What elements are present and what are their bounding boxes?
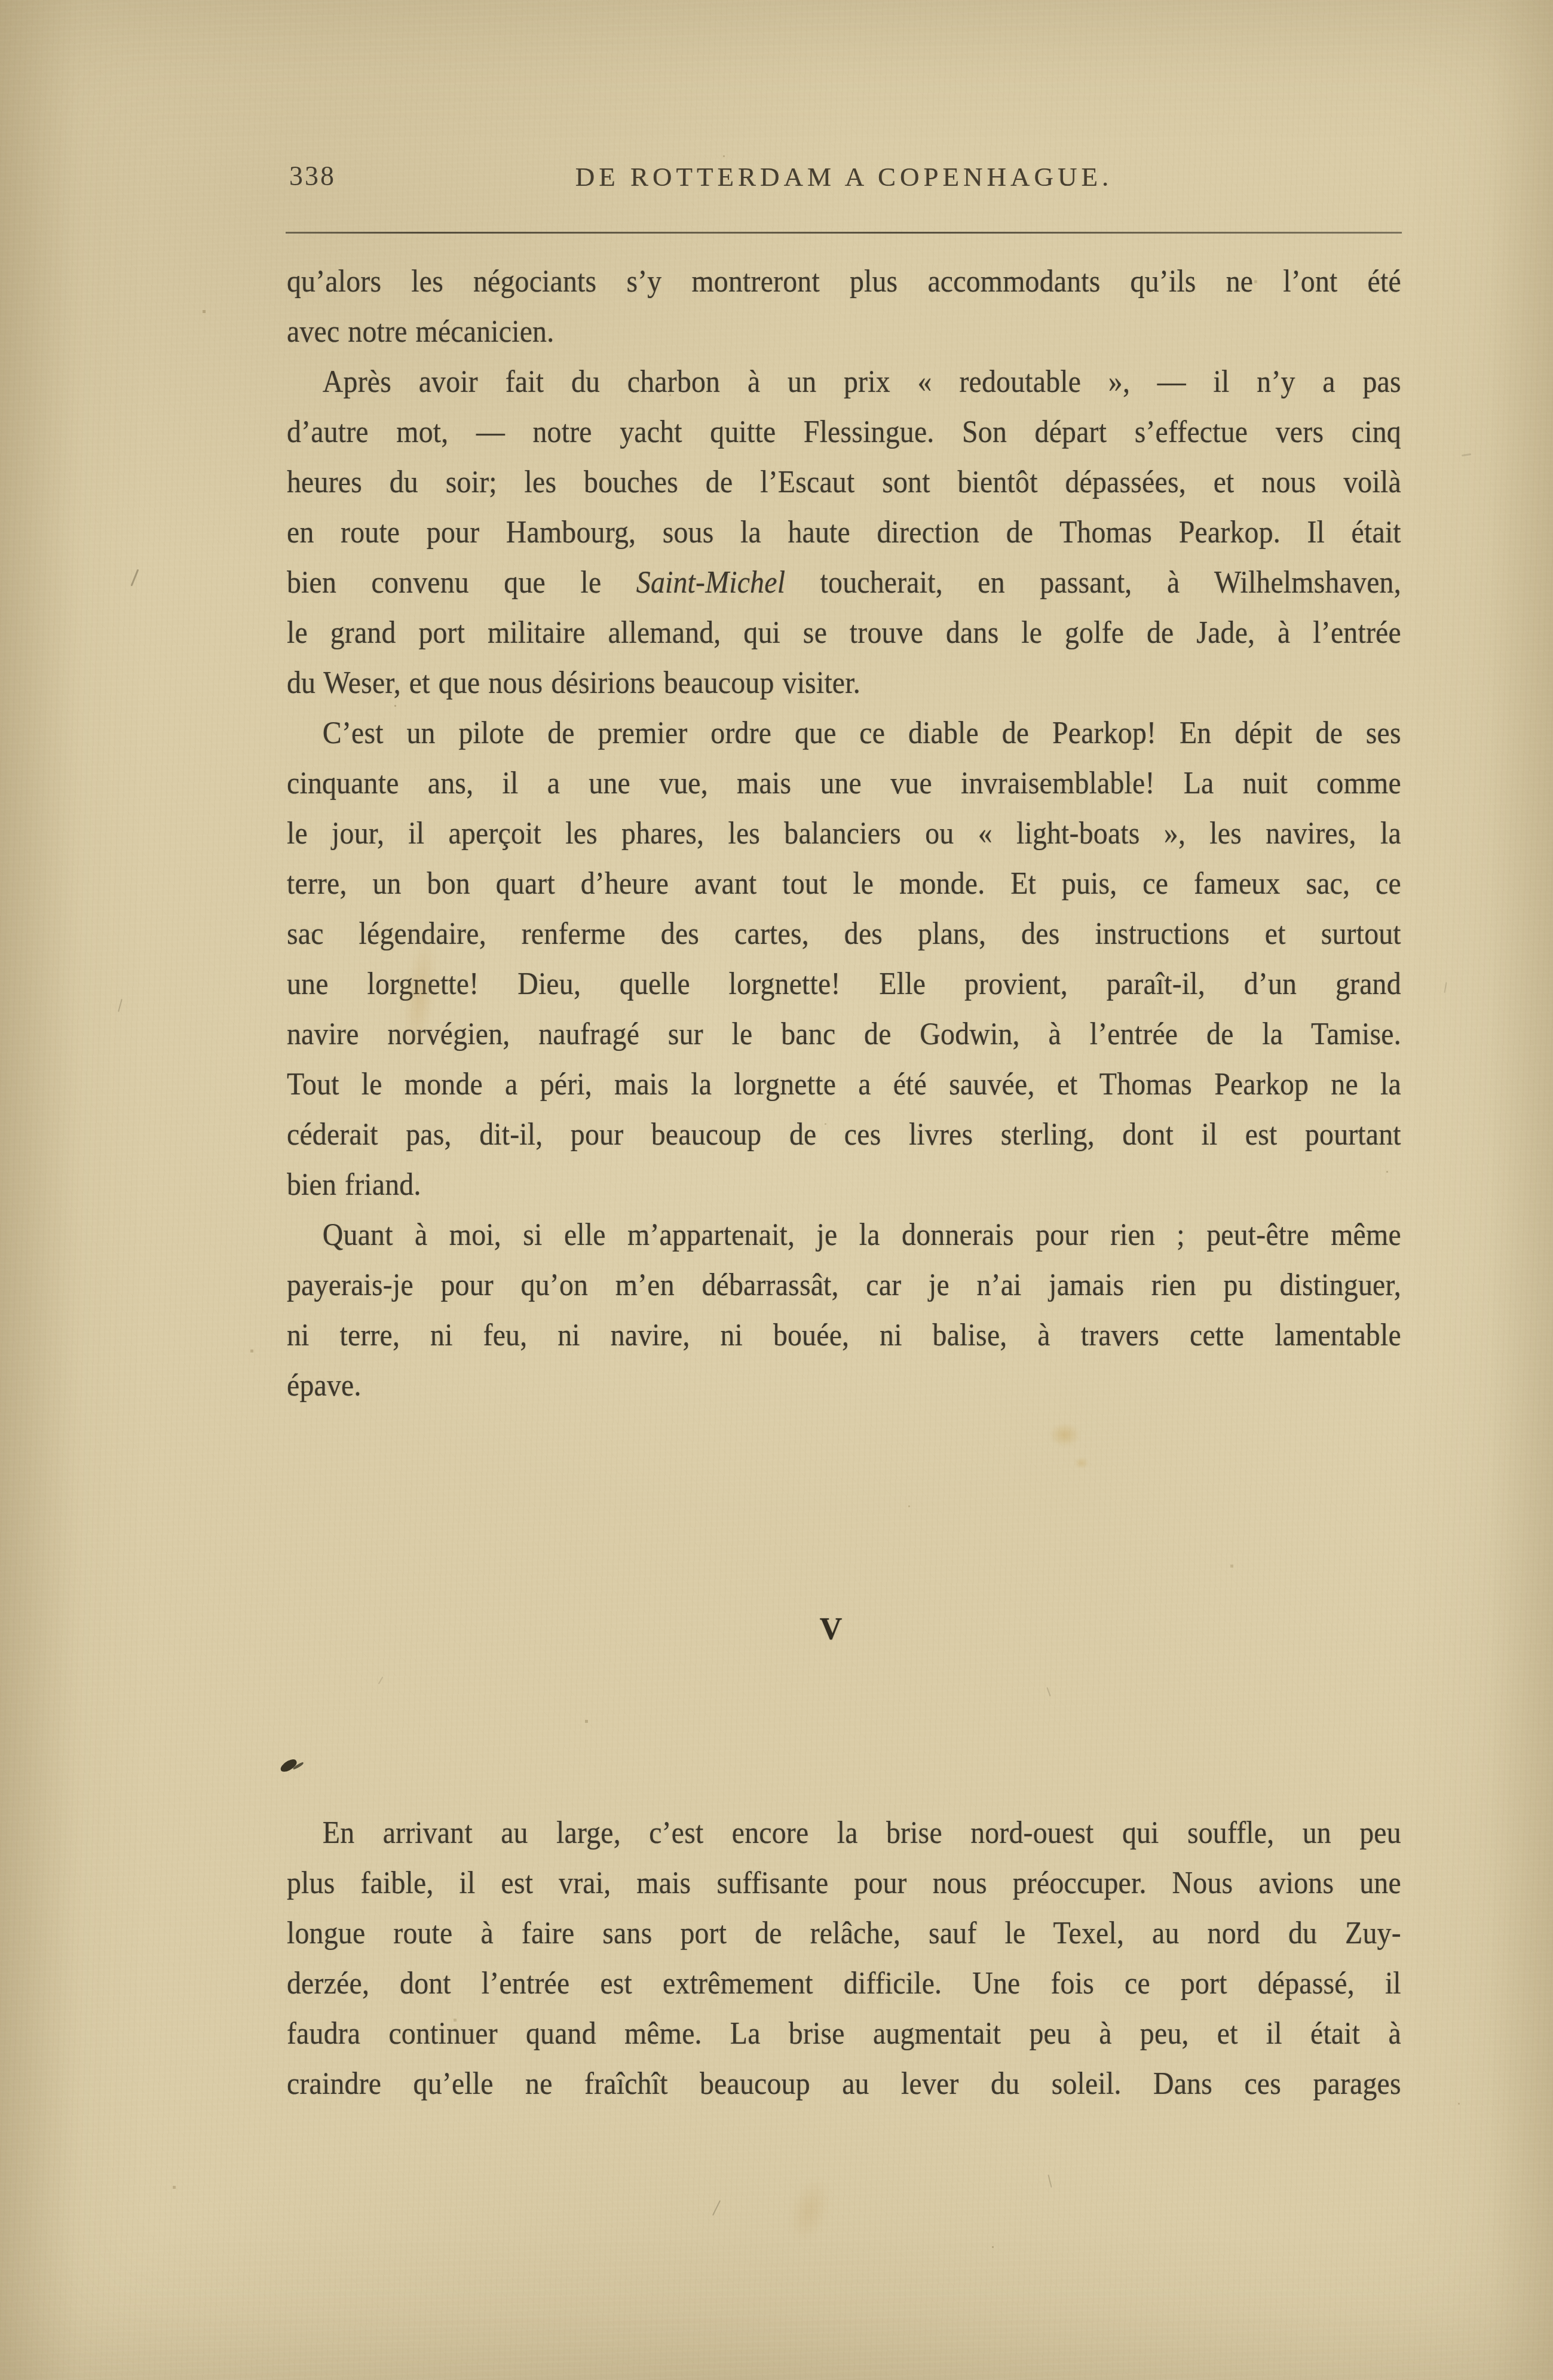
text-segment: d’autre mot, — notre yacht quitte Flessi… (287, 415, 1401, 449)
text-segment: craindre qu’elle ne fraîchît beaucoup au… (287, 2067, 1401, 2101)
text-segment: terre, un bon quart d’heure avant tout l… (287, 867, 1401, 901)
running-title: DE ROTTERDAM A COPENHAGUE. (287, 161, 1401, 192)
text-segment: bien convenu que le (287, 566, 636, 600)
pencil-mark (130, 569, 139, 587)
paper-stain-spot (769, 2157, 850, 2264)
paper-stain-spot (1074, 1458, 1089, 1468)
section-marker: V (274, 1612, 1388, 1647)
text-line: le grand port militaire allemand, qui se… (287, 608, 1401, 658)
pencil-mark (118, 999, 122, 1012)
text-segment: qu’alors les négociants s’y montreront p… (287, 265, 1401, 299)
text-segment: toucherait, en passant, à Wilhelmshaven, (785, 566, 1401, 600)
text-segment: heures du soir; les bouches de l’Escaut … (287, 465, 1401, 499)
text-line: qu’alors les négociants s’y montreront p… (287, 257, 1401, 307)
text-line: payerais-je pour qu’on m’en débarrassât,… (287, 1260, 1401, 1311)
text-line: derzée, dont l’entrée est extrêmement di… (287, 1959, 1401, 2009)
text-segment: En arrivant au large, c’est encore la br… (323, 1816, 1401, 1850)
text-segment: Quant à moi, si elle m’appartenait, je l… (323, 1218, 1401, 1252)
text-line: du Weser, et que nous désirions beaucoup… (287, 658, 1401, 709)
text-block-lower: En arrivant au large, c’est encore la br… (287, 1808, 1401, 2109)
text-line: terre, un bon quart d’heure avant tout l… (287, 859, 1401, 909)
text-segment: faudra continuer quand même. La brise au… (287, 2017, 1401, 2051)
text-line: bien friand. (287, 1160, 1401, 1210)
text-segment: une lorgnette! Dieu, quelle lorgnette! E… (287, 967, 1401, 1001)
paper-stain-spot (1049, 1423, 1080, 1447)
text-line: plus faible, il est vrai, mais suffisant… (287, 1858, 1401, 1909)
text-segment: navire norvégien, naufragé sur le banc d… (287, 1017, 1401, 1051)
text-line: avec notre mécanicien. (287, 307, 1401, 357)
text-segment: derzée, dont l’entrée est extrêmement di… (287, 1967, 1401, 2001)
pencil-mark (1047, 2174, 1052, 2188)
text-segment: sac légendaire, renferme des cartes, des… (287, 917, 1401, 951)
text-segment: cinquante ans, il a une vue, mais une vu… (287, 766, 1401, 801)
text-line: bien convenu que le Saint-Michel toucher… (287, 558, 1401, 608)
paper-specks (0, 0, 2, 2)
text-line: faudra continuer quand même. La brise au… (287, 2009, 1401, 2059)
text-line: une lorgnette! Dieu, quelle lorgnette! E… (287, 959, 1401, 1010)
text-segment: plus faible, il est vrai, mais suffisant… (287, 1866, 1401, 1900)
text-line: ni terre, ni feu, ni navire, ni bouée, n… (287, 1311, 1401, 1361)
text-line: C’est un pilote de premier ordre que ce … (287, 709, 1401, 759)
text-segment: épave. (287, 1369, 362, 1403)
book-page-scan: 338 DE ROTTERDAM A COPENHAGUE. qu’alors … (0, 0, 1553, 2380)
text-line: Après avoir fait du charbon à un prix « … (287, 357, 1401, 407)
text-segment: Après avoir fait du charbon à un prix « … (323, 365, 1401, 399)
text-line: le jour, il aperçoit les phares, les bal… (287, 809, 1401, 859)
text-line: d’autre mot, — notre yacht quitte Flessi… (287, 407, 1401, 458)
text-segment: le jour, il aperçoit les phares, les bal… (287, 817, 1401, 851)
text-segment: ni terre, ni feu, ni navire, ni bouée, n… (287, 1318, 1401, 1352)
text-line: navire norvégien, naufragé sur le banc d… (287, 1010, 1401, 1060)
text-segment: céderait pas, dit-il, pour beaucoup de c… (287, 1118, 1401, 1152)
text-line: épave. (287, 1361, 1401, 1411)
text-line: cinquante ans, il a une vue, mais une vu… (287, 759, 1401, 809)
text-segment: du Weser, et que nous désirions beaucoup… (287, 666, 860, 700)
text-segment: avec notre mécanicien. (287, 315, 554, 349)
pencil-mark (1444, 982, 1447, 993)
text-segment: longue route à faire sans port de relâch… (287, 1916, 1401, 1950)
text-segment: C’est un pilote de premier ordre que ce … (323, 716, 1401, 750)
text-segment: le grand port militaire allemand, qui se… (287, 616, 1401, 650)
text-line: en route pour Hambourg, sous la haute di… (287, 508, 1401, 558)
pencil-mark (1462, 453, 1471, 456)
text-line: En arrivant au large, c’est encore la br… (287, 1808, 1401, 1858)
text-line: céderait pas, dit-il, pour beaucoup de c… (287, 1110, 1401, 1160)
text-segment: en route pour Hambourg, sous la haute di… (287, 516, 1401, 550)
text-line: Quant à moi, si elle m’appartenait, je l… (287, 1210, 1401, 1260)
pencil-mark (378, 1676, 384, 1684)
pencil-mark (1046, 1687, 1050, 1697)
text-segment: payerais-je pour qu’on m’en débarrassât,… (287, 1268, 1401, 1302)
italic-text: Saint-Michel (636, 566, 785, 600)
text-segment: bien friand. (287, 1168, 421, 1202)
text-segment: Tout le monde a péri, mais la lorgnette … (287, 1068, 1401, 1102)
pencil-mark (712, 2200, 721, 2216)
ink-blot (278, 1758, 299, 1774)
text-line: longue route à faire sans port de relâch… (287, 1909, 1401, 1959)
header-rule (286, 232, 1402, 234)
text-line: craindre qu’elle ne fraîchît beaucoup au… (287, 2059, 1401, 2109)
page-header: 338 DE ROTTERDAM A COPENHAGUE. (287, 160, 1401, 196)
text-line: heures du soir; les bouches de l’Escaut … (287, 458, 1401, 508)
text-block-upper: qu’alors les négociants s’y montreront p… (287, 257, 1401, 1411)
text-line: Tout le monde a péri, mais la lorgnette … (287, 1060, 1401, 1110)
text-line: sac légendaire, renferme des cartes, des… (287, 909, 1401, 959)
